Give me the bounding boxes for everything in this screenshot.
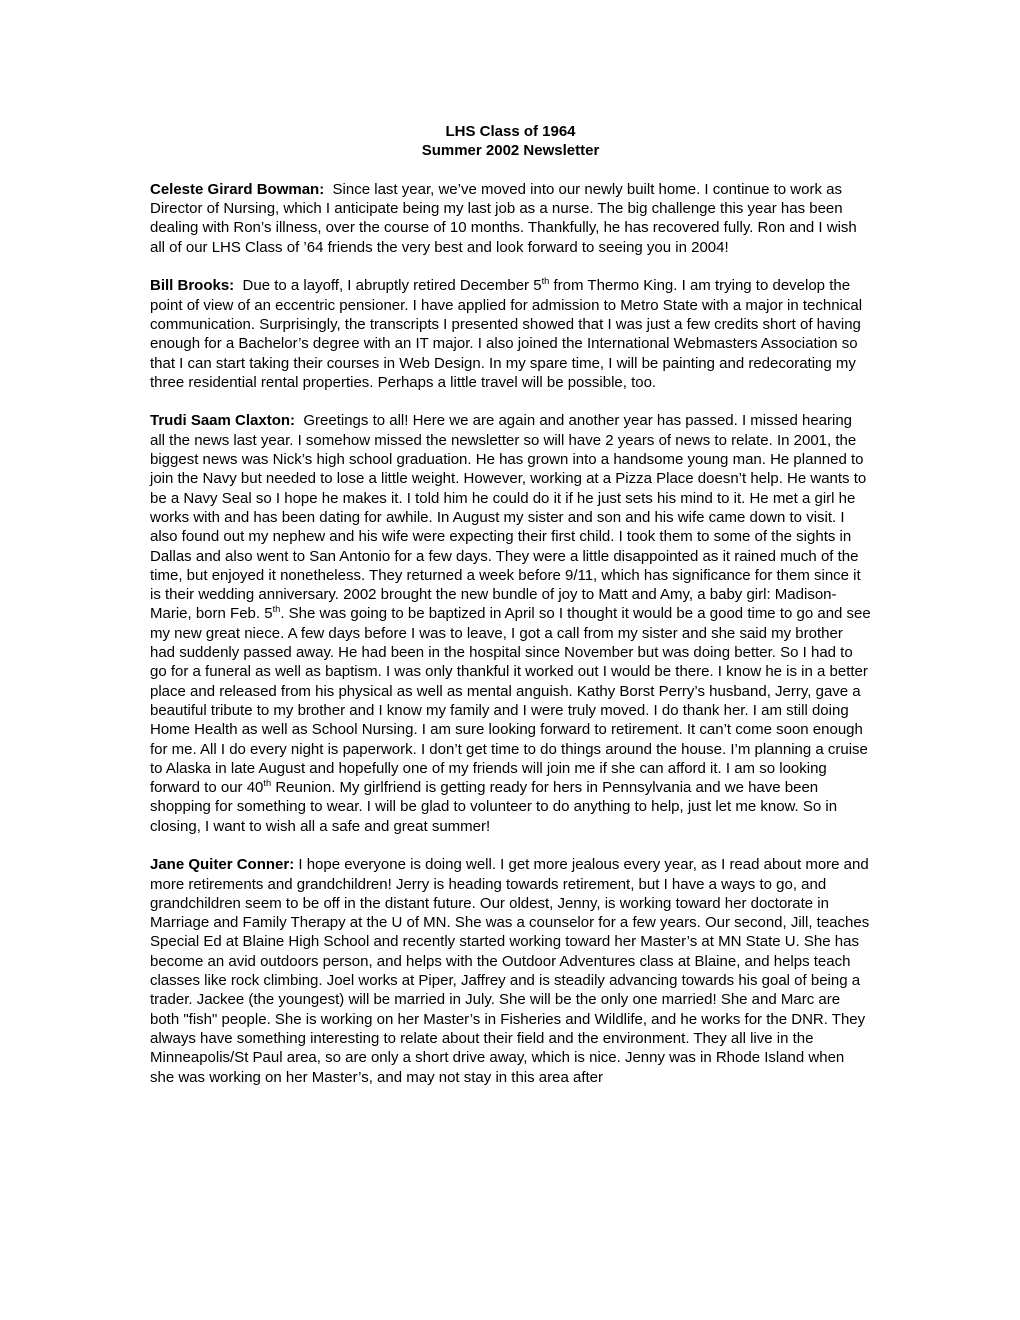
paragraph: Trudi Saam Claxton: Greetings to all! He… <box>150 411 871 836</box>
superscript-text: th <box>263 778 271 788</box>
document-title: LHS Class of 1964 <box>150 122 871 141</box>
text-run: Greetings to all! Here we are again and … <box>150 412 870 622</box>
entry-name: Trudi Saam Claxton: <box>150 412 295 429</box>
paragraph: Jane Quiter Conner: I hope everyone is d… <box>150 855 871 1087</box>
text-run: from Thermo King. I am trying to develop… <box>150 277 866 390</box>
entry-name: Celeste Girard Bowman: <box>150 181 324 198</box>
title-block: LHS Class of 1964 Summer 2002 Newsletter <box>150 122 871 161</box>
paragraph: Bill Brooks: Due to a layoff, I abruptly… <box>150 276 871 392</box>
paragraph: Celeste Girard Bowman: Since last year, … <box>150 180 871 257</box>
document-subtitle: Summer 2002 Newsletter <box>150 141 871 160</box>
text-run: Due to a layoff, I abruptly retired Dece… <box>234 277 541 294</box>
entry-name: Bill Brooks: <box>150 277 234 294</box>
entry-name: Jane Quiter Conner: <box>150 856 294 873</box>
text-run: I hope everyone is doing well. I get mor… <box>150 856 873 1085</box>
document-page: LHS Class of 1964 Summer 2002 Newsletter… <box>0 0 1020 1320</box>
page-content: LHS Class of 1964 Summer 2002 Newsletter… <box>150 122 871 1087</box>
paragraphs-container: Celeste Girard Bowman: Since last year, … <box>150 180 871 1087</box>
text-run: . She was going to be baptized in April … <box>150 605 875 796</box>
